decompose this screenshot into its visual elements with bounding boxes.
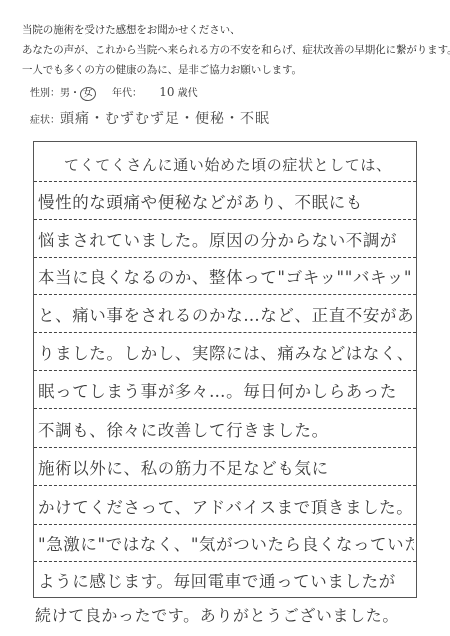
intro-text: 当院の施術を受けた感想をお聞かせください、 あなたの声が、これから当院へ来られる… xyxy=(22,20,450,80)
testimonial-closing-line: 続けて良かったです。ありがとうございました。 xyxy=(35,603,399,626)
row-text: 眠ってしまう事が多々…。毎日何かしらあった xyxy=(38,378,414,402)
testimonial-row: "急激に"ではなく、"気がついたら良くなっていた" xyxy=(34,524,416,562)
testimonial-row: と、痛い事をされるのかな…など、正直不安があ xyxy=(34,295,416,333)
row-text: 本当に良くなるのか、整体って"ゴキッ""バキッ" xyxy=(38,264,414,288)
gender-option-male: 男 xyxy=(60,88,70,99)
testimonial-row: てくてくさんに通い始めた頃の症状としては、 xyxy=(34,142,416,182)
intro-line-1: 当院の施術を受けた感想をお聞かせください、 xyxy=(22,20,450,40)
row-text: 悩まされていました。原因の分からない不調が xyxy=(38,227,414,251)
row-text: ように感じます。毎回電車で通っていましたが xyxy=(38,568,414,592)
testimonial-row: 不調も、徐々に改善して行きました。 xyxy=(34,410,416,448)
row-text: かけてくださって、アドバイスまで頂きました。 xyxy=(38,494,414,518)
row-text: と、痛い事をされるのかな…など、正直不安があ xyxy=(38,302,414,326)
testimonial-box: てくてくさんに通い始めた頃の症状としては、 慢性的な頭痛や便秘などがあり、不眠に… xyxy=(33,141,417,598)
row-text: てくてくさんに通い始めた頃の症状としては、 xyxy=(64,154,414,175)
row-text: "急激に"ではなく、"気がついたら良くなっていた" xyxy=(38,531,414,555)
testimonial-row: ように感じます。毎回電車で通っていましたが xyxy=(34,562,416,598)
age-field: 年代： 10 歳代 xyxy=(112,84,198,99)
intro-line-2: あなたの声が、これから当院へ来られる方の不安を和らげ、症状改善の早期化に繋がりま… xyxy=(22,40,450,60)
age-unit: 歳代 xyxy=(178,88,198,99)
row-text: 不調も、徐々に改善して行きました。 xyxy=(38,417,414,441)
symptoms-value: 頭痛・むずむず足・便秘・不眠 xyxy=(60,111,270,127)
testimonial-row: 本当に良くなるのか、整体って"ゴキッ""バキッ" xyxy=(34,257,416,295)
gender-option-female-circled: 女 xyxy=(79,86,97,102)
symptoms-label: 症状： xyxy=(30,115,60,126)
gender-label: 性別： xyxy=(30,88,60,99)
age-value: 10 xyxy=(159,85,174,99)
symptoms-field: 症状：頭痛・むずむず足・便秘・不眠 xyxy=(30,108,270,128)
row-text: 施術以外に、私の筋力不足なども気に xyxy=(38,455,414,479)
gender-separator: ・ xyxy=(70,88,80,99)
testimonial-row: 眠ってしまう事が多々…。毎日何かしらあった xyxy=(34,371,416,409)
testimonial-row: 慢性的な頭痛や便秘などがあり、不眠にも xyxy=(34,182,416,220)
intro-line-3: 一人でも多くの方の健康の為に、是非ご協力お願いします。 xyxy=(22,60,450,80)
row-text: 慢性的な頭痛や便秘などがあり、不眠にも xyxy=(38,189,414,213)
gender-field: 性別：男・女 xyxy=(30,84,96,101)
testimonial-row: 施術以外に、私の筋力不足なども気に xyxy=(34,448,416,486)
age-label: 年代： xyxy=(112,88,142,99)
row-text: りました。しかし、実際には、痛みなどはなく、むしろ xyxy=(38,340,414,364)
testimonial-row: かけてくださって、アドバイスまで頂きました。 xyxy=(34,487,416,525)
testimonial-row: 悩まされていました。原因の分からない不調が xyxy=(34,220,416,258)
testimonial-row: りました。しかし、実際には、痛みなどはなく、むしろ xyxy=(34,333,416,371)
